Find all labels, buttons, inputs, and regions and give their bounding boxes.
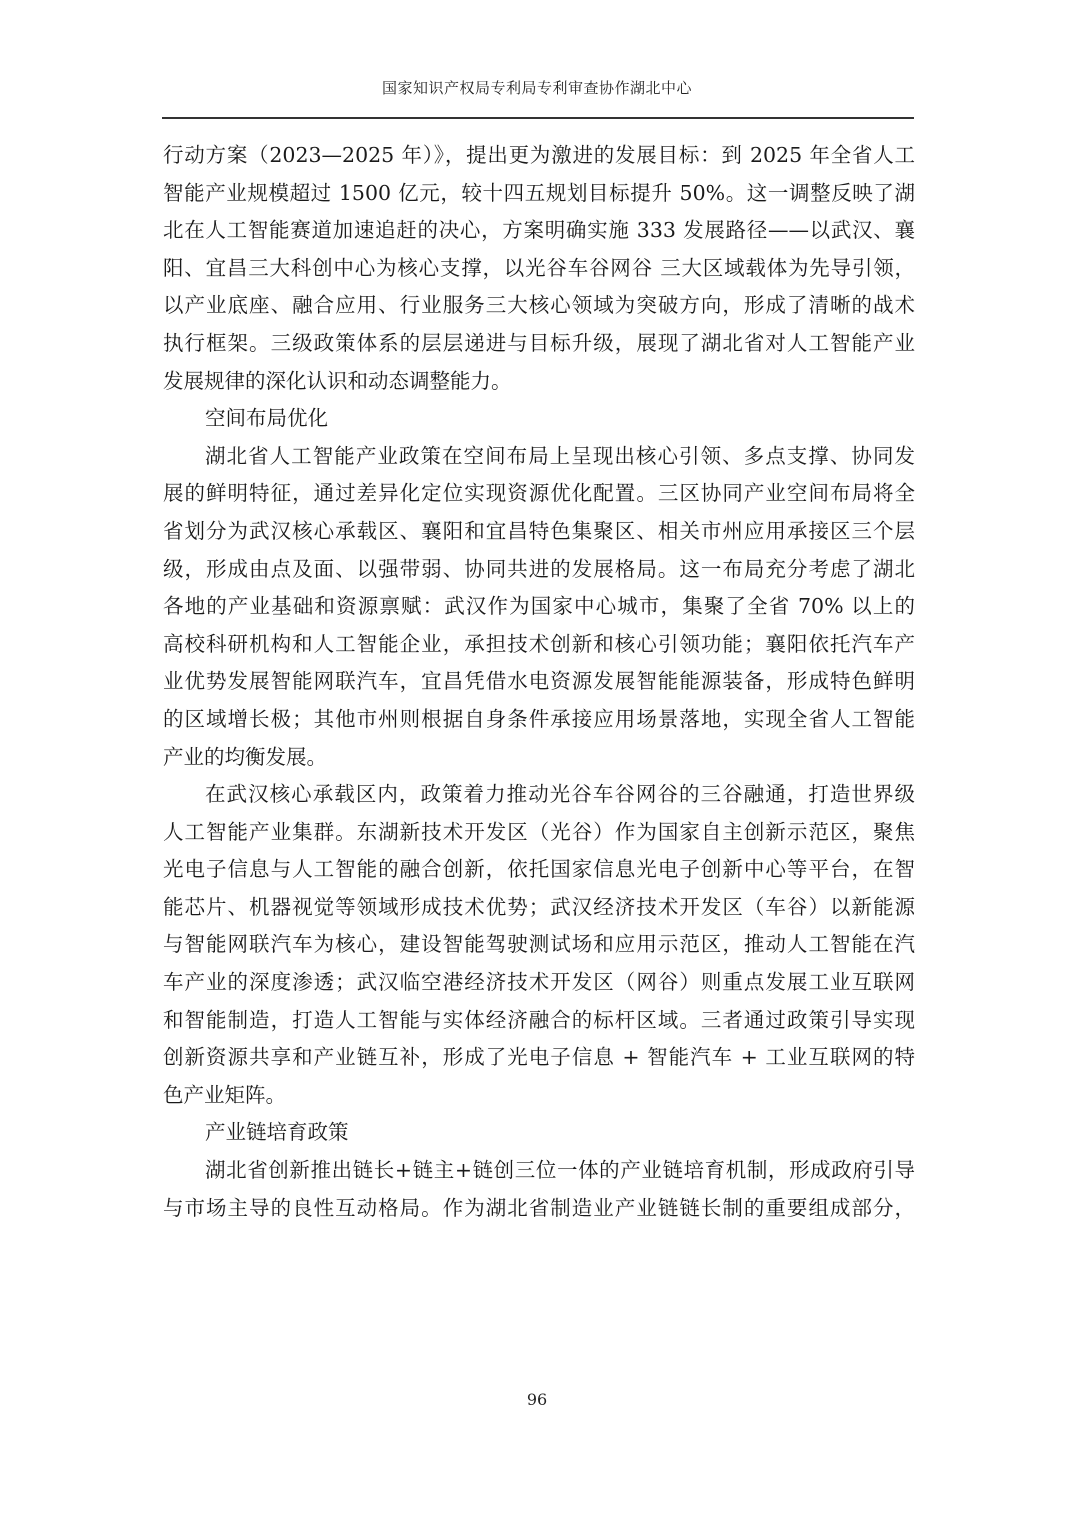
text-line: 色产业矩阵。 (163, 1077, 915, 1115)
page-number: 96 (0, 1390, 1074, 1409)
text-line: 能芯片、机器视觉等领域形成技术优势；武汉经济技术开发区（车谷）以新能源 (163, 889, 915, 927)
text-line: 各地的产业基础和资源禀赋：武汉作为国家中心城市，集聚了全省 70% 以上的 (163, 588, 915, 626)
text-line: 人工智能产业集群。东湖新技术开发区（光谷）作为国家自主创新示范区，聚焦 (163, 814, 915, 852)
text-line: 以产业底座、融合应用、行业服务三大核心领域为突破方向，形成了清晰的战术 (163, 287, 915, 325)
header-divider (162, 117, 914, 119)
paragraph-3: 在武汉核心承载区内，政策着力推动光谷车谷网谷的三谷融通，打造世界级 人工智能产业… (163, 776, 915, 1114)
text-line: 与智能网联汽车为核心，建设智能驾驶测试场和应用示范区，推动人工智能在汽 (163, 926, 915, 964)
page-header: 国家知识产权局专利局专利审查协作湖北中心 (0, 77, 1074, 98)
text-line: 与市场主导的良性互动格局。作为湖北省制造业产业链链长制的重要组成部分， (163, 1190, 915, 1228)
document-body: 行动方案（2023—2025 年）》，提出更为激进的发展目标：到 2025 年全… (163, 137, 915, 1227)
text-line: 湖北省创新推出链长+链主+链创三位一体的产业链培育机制，形成政府引导 (163, 1152, 915, 1190)
section-heading-spatial-layout: 空间布局优化 (163, 400, 915, 438)
paragraph-1: 行动方案（2023—2025 年）》，提出更为激进的发展目标：到 2025 年全… (163, 137, 915, 400)
text-line: 和智能制造，打造人工智能与实体经济融合的标杆区域。三者通过政策引导实现 (163, 1002, 915, 1040)
text-line: 产业的均衡发展。 (163, 739, 915, 777)
text-line: 展的鲜明特征，通过差异化定位实现资源优化配置。三区协同产业空间布局将全 (163, 475, 915, 513)
text-line: 行动方案（2023—2025 年）》，提出更为激进的发展目标：到 2025 年全… (163, 137, 915, 175)
text-line: 智能产业规模超过 1500 亿元，较十四五规划目标提升 50%。这一调整反映了湖 (163, 175, 915, 213)
text-line: 北在人工智能赛道加速追赶的决心，方案明确实施 333 发展路径——以武汉、襄 (163, 212, 915, 250)
text-line: 阳、宜昌三大科创中心为核心支撑，以光谷车谷网谷 三大区域载体为先导引领， (163, 250, 915, 288)
text-line: 车产业的深度渗透；武汉临空港经济技术开发区（网谷）则重点发展工业互联网 (163, 964, 915, 1002)
text-line: 创新资源共享和产业链互补，形成了光电子信息 + 智能汽车 + 工业互联网的特 (163, 1039, 915, 1077)
paragraph-4: 湖北省创新推出链长+链主+链创三位一体的产业链培育机制，形成政府引导 与市场主导… (163, 1152, 915, 1227)
section-heading-industry-chain: 产业链培育政策 (163, 1114, 915, 1152)
text-line: 湖北省人工智能产业政策在空间布局上呈现出核心引领、多点支撑、协同发 (163, 438, 915, 476)
text-line: 在武汉核心承载区内，政策着力推动光谷车谷网谷的三谷融通，打造世界级 (163, 776, 915, 814)
text-line: 业优势发展智能网联汽车，宜昌凭借水电资源发展智能能源装备，形成特色鲜明 (163, 663, 915, 701)
text-line: 的区域增长极；其他市州则根据自身条件承接应用场景落地，实现全省人工智能 (163, 701, 915, 739)
paragraph-2: 湖北省人工智能产业政策在空间布局上呈现出核心引领、多点支撑、协同发 展的鲜明特征… (163, 438, 915, 776)
text-line: 执行框架。三级政策体系的层层递进与目标升级，展现了湖北省对人工智能产业 (163, 325, 915, 363)
text-line: 省划分为武汉核心承载区、襄阳和宜昌特色集聚区、相关市州应用承接区三个层 (163, 513, 915, 551)
text-line: 发展规律的深化认识和动态调整能力。 (163, 363, 915, 401)
text-line: 级，形成由点及面、以强带弱、协同共进的发展格局。这一布局充分考虑了湖北 (163, 551, 915, 589)
text-line: 高校科研机构和人工智能企业，承担技术创新和核心引领功能；襄阳依托汽车产 (163, 626, 915, 664)
text-line: 光电子信息与人工智能的融合创新，依托国家信息光电子创新中心等平台，在智 (163, 851, 915, 889)
